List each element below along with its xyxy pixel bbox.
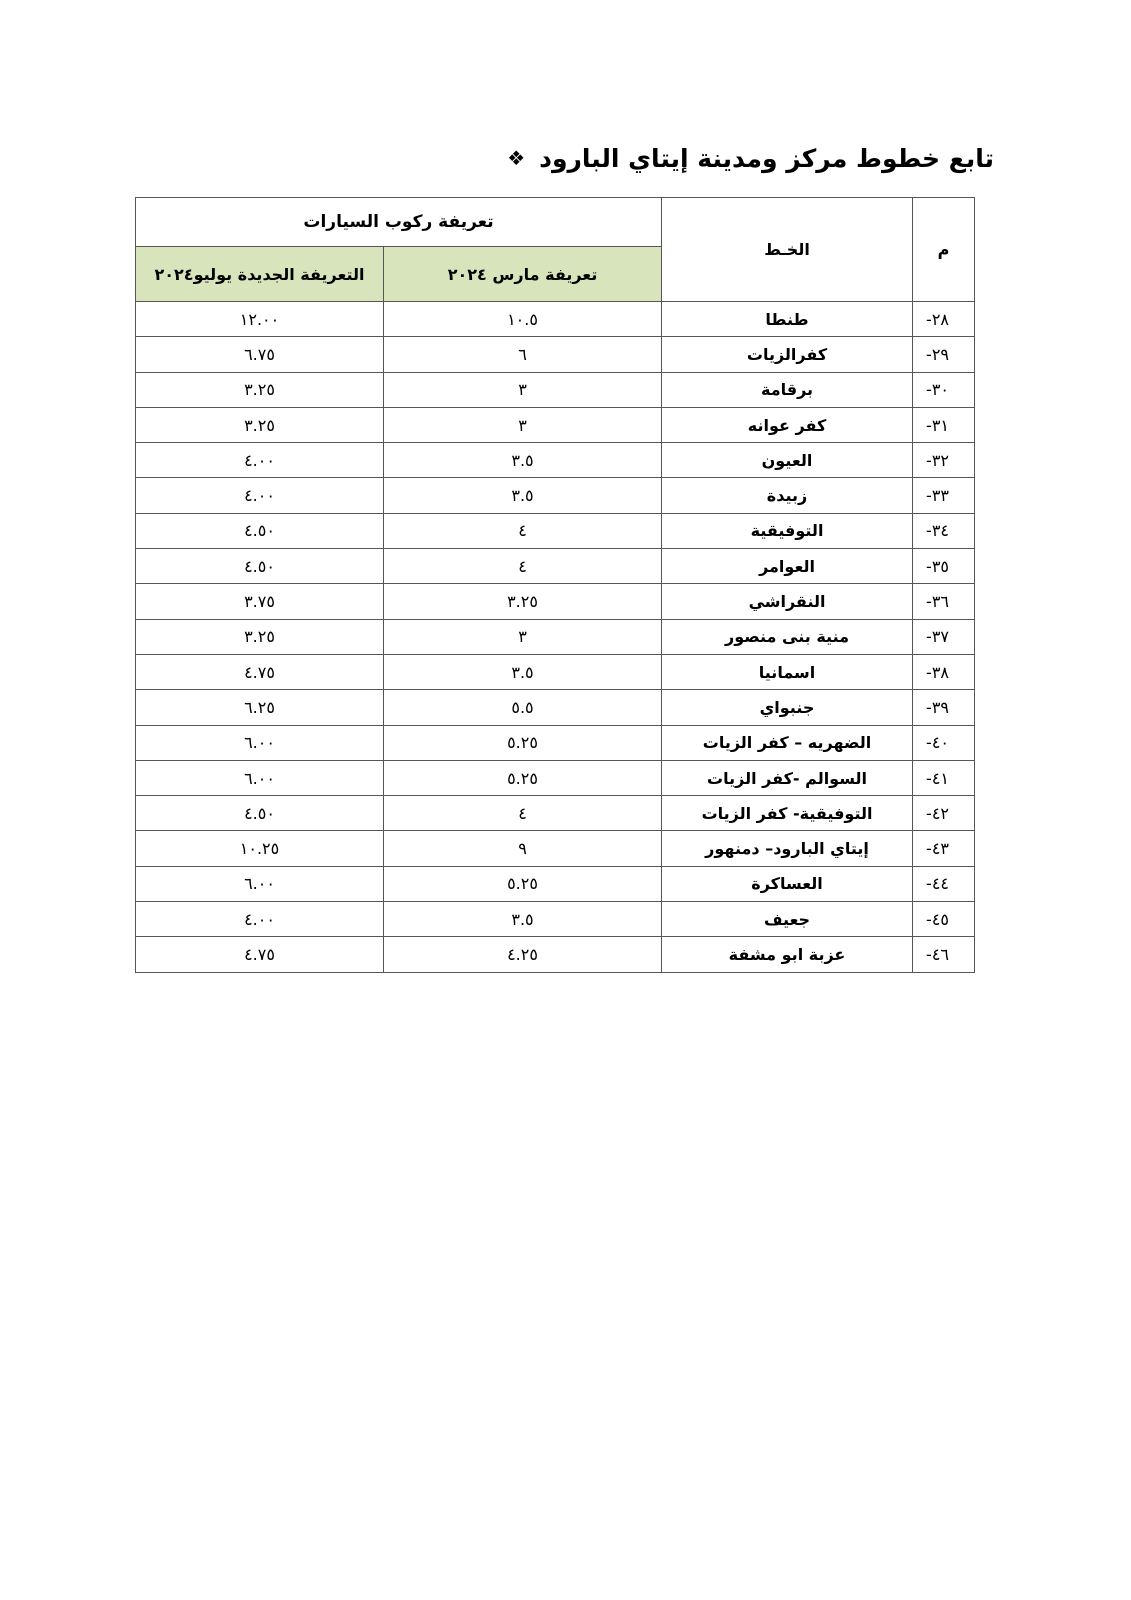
route-name: كفر عوانه <box>662 407 913 442</box>
row-number: ٣٩- <box>913 690 975 725</box>
route-name: الضهريه – كفر الزيات <box>662 725 913 760</box>
section-title: تابع خطوط مركز ومدينة إيتاي البارود <box>539 144 994 173</box>
table-row: ٣٣-زبيدة٣.٥٤.٠٠ <box>136 478 975 513</box>
table-row: ٤٣-إيتاي البارود– دمنهور٩١٠.٢٥ <box>136 831 975 866</box>
row-number: ٤٠- <box>913 725 975 760</box>
table-row: ٢٩-كفرالزيات٦٦.٧٥ <box>136 337 975 372</box>
march-fare: ١٠.٥ <box>384 302 662 337</box>
march-fare: ٣ <box>384 372 662 407</box>
july-fare: ٤.٥٠ <box>136 549 384 584</box>
row-number: ٣٠- <box>913 372 975 407</box>
route-name: اسمانيا <box>662 654 913 689</box>
table-row: ٣٥-العوامر٤٤.٥٠ <box>136 549 975 584</box>
table-row: ٤٢-التوفيقية- كفر الزيات٤٤.٥٠ <box>136 796 975 831</box>
header-line: الخـط <box>662 198 913 302</box>
route-name: عزبة ابو مشفة <box>662 937 913 972</box>
row-number: ٣٦- <box>913 584 975 619</box>
row-number: ٣٢- <box>913 443 975 478</box>
section-heading: ❖ تابع خطوط مركز ومدينة إيتاي البارود <box>507 138 994 178</box>
route-name: برقامة <box>662 372 913 407</box>
july-fare: ٦.٧٥ <box>136 337 384 372</box>
table-row: ٤٦-عزبة ابو مشفة٤.٢٥٤.٧٥ <box>136 937 975 972</box>
route-name: زبيدة <box>662 478 913 513</box>
table-row: ٣٦-النقراشي٣.٢٥٣.٧٥ <box>136 584 975 619</box>
march-fare: ٥.٢٥ <box>384 725 662 760</box>
route-name: منية بنى منصور <box>662 619 913 654</box>
row-number: ٤٤- <box>913 866 975 901</box>
march-fare: ٥.٥ <box>384 690 662 725</box>
fares-table: م الخـط تعريفة ركوب السيارات تعريفة مارس… <box>135 197 975 973</box>
row-number: ٢٩- <box>913 337 975 372</box>
july-fare: ٣.٧٥ <box>136 584 384 619</box>
table-row: ٤٥-جعيف٣.٥٤.٠٠ <box>136 902 975 937</box>
row-number: ٣١- <box>913 407 975 442</box>
route-name: جعيف <box>662 902 913 937</box>
table-row: ٢٨-طنطا١٠.٥١٢.٠٠ <box>136 302 975 337</box>
row-number: ٤١- <box>913 760 975 795</box>
row-number: ٣٣- <box>913 478 975 513</box>
july-fare: ٤.٠٠ <box>136 478 384 513</box>
march-fare: ٣ <box>384 407 662 442</box>
table-row: ٣٨-اسمانيا٣.٥٤.٧٥ <box>136 654 975 689</box>
route-name: العوامر <box>662 549 913 584</box>
table-row: ٣٧-منية بنى منصور٣٣.٢٥ <box>136 619 975 654</box>
table-row: ٣٠-برقامة٣٣.٢٥ <box>136 372 975 407</box>
july-fare: ٤.٠٠ <box>136 443 384 478</box>
header-july-fare: التعريفة الجديدة يوليو٢٠٢٤ <box>136 247 384 302</box>
row-number: ٣٧- <box>913 619 975 654</box>
route-name: السوالم -كفر الزيات <box>662 760 913 795</box>
july-fare: ٣.٢٥ <box>136 407 384 442</box>
header-march-fare: تعريفة مارس ٢٠٢٤ <box>384 247 662 302</box>
march-fare: ٤ <box>384 549 662 584</box>
fares-table-body: ٢٨-طنطا١٠.٥١٢.٠٠٢٩-كفرالزيات٦٦.٧٥٣٠-برقا… <box>136 302 975 973</box>
july-fare: ٤.٥٠ <box>136 513 384 548</box>
march-fare: ٣.٢٥ <box>384 584 662 619</box>
row-number: ٢٨- <box>913 302 975 337</box>
table-row: ٤٠-الضهريه – كفر الزيات٥.٢٥٦.٠٠ <box>136 725 975 760</box>
route-name: كفرالزيات <box>662 337 913 372</box>
diamond-bullet-icon: ❖ <box>507 148 525 168</box>
header-number: م <box>913 198 975 302</box>
march-fare: ٣.٥ <box>384 902 662 937</box>
route-name: النقراشي <box>662 584 913 619</box>
table-row: ٤٤-العساكرة٥.٢٥٦.٠٠ <box>136 866 975 901</box>
july-fare: ٦.٠٠ <box>136 760 384 795</box>
july-fare: ٦.٠٠ <box>136 725 384 760</box>
july-fare: ٦.٠٠ <box>136 866 384 901</box>
route-name: طنطا <box>662 302 913 337</box>
row-number: ٤٥- <box>913 902 975 937</box>
row-number: ٣٤- <box>913 513 975 548</box>
table-row: ٣٩-جنبواي٥.٥٦.٢٥ <box>136 690 975 725</box>
header-fare-group: تعريفة ركوب السيارات <box>136 198 662 247</box>
row-number: ٤٣- <box>913 831 975 866</box>
route-name: التوفيقية- كفر الزيات <box>662 796 913 831</box>
table-row: ٣٢-العيون٣.٥٤.٠٠ <box>136 443 975 478</box>
march-fare: ٦ <box>384 337 662 372</box>
march-fare: ٣.٥ <box>384 654 662 689</box>
row-number: ٤٢- <box>913 796 975 831</box>
route-name: التوفيقية <box>662 513 913 548</box>
march-fare: ٩ <box>384 831 662 866</box>
march-fare: ٤ <box>384 796 662 831</box>
row-number: ٣٨- <box>913 654 975 689</box>
march-fare: ٣ <box>384 619 662 654</box>
route-name: العساكرة <box>662 866 913 901</box>
march-fare: ٥.٢٥ <box>384 760 662 795</box>
july-fare: ١٠.٢٥ <box>136 831 384 866</box>
july-fare: ٣.٢٥ <box>136 372 384 407</box>
march-fare: ٤.٢٥ <box>384 937 662 972</box>
march-fare: ٣.٥ <box>384 443 662 478</box>
row-number: ٤٦- <box>913 937 975 972</box>
route-name: العيون <box>662 443 913 478</box>
table-row: ٤١-السوالم -كفر الزيات٥.٢٥٦.٠٠ <box>136 760 975 795</box>
july-fare: ٤.٧٥ <box>136 654 384 689</box>
july-fare: ٤.٧٥ <box>136 937 384 972</box>
march-fare: ٥.٢٥ <box>384 866 662 901</box>
route-name: جنبواي <box>662 690 913 725</box>
march-fare: ٣.٥ <box>384 478 662 513</box>
july-fare: ١٢.٠٠ <box>136 302 384 337</box>
july-fare: ٤.٥٠ <box>136 796 384 831</box>
july-fare: ٦.٢٥ <box>136 690 384 725</box>
route-name: إيتاي البارود– دمنهور <box>662 831 913 866</box>
row-number: ٣٥- <box>913 549 975 584</box>
table-row: ٣٤-التوفيقية٤٤.٥٠ <box>136 513 975 548</box>
july-fare: ٤.٠٠ <box>136 902 384 937</box>
july-fare: ٣.٢٥ <box>136 619 384 654</box>
table-row: ٣١-كفر عوانه٣٣.٢٥ <box>136 407 975 442</box>
march-fare: ٤ <box>384 513 662 548</box>
